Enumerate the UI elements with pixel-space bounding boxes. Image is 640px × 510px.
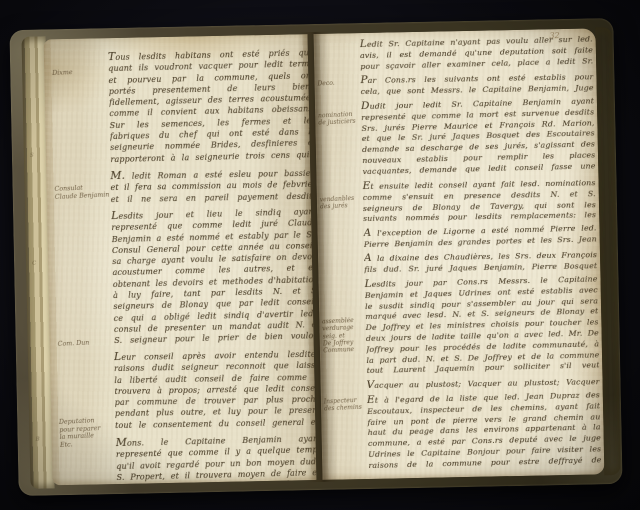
left-page-margin-column: DixmeConsulat Claude BenjaminCom. DunDep… xyxy=(52,38,117,485)
margin-note: Inspecteur des chemins xyxy=(324,396,369,413)
left-manuscript-page: DixmeConsulat Claude BenjaminCom. DunDep… xyxy=(44,34,317,485)
handwriting-paragraph: Leur conseil après avoir entendu lesdite… xyxy=(114,348,317,430)
handwriting-paragraph: Et ensuite ledit conseil ayant fait lesd… xyxy=(362,177,596,224)
margin-note: Dixme xyxy=(52,67,108,77)
right-manuscript-page: 32 Deco.nomination de justiciersvendanbl… xyxy=(314,28,605,480)
margin-note: nomination de justiciers xyxy=(318,110,363,127)
handwriting-paragraph: Vacquer au plustost; Vacquer au plustost… xyxy=(366,376,599,391)
right-page-text-block: Ledit Sr. Capitaine n'ayant pas voulu al… xyxy=(360,28,602,479)
handwriting-paragraph: A la dixaine des Chaudières, les Srs. de… xyxy=(364,250,597,275)
page-edge-mark: B xyxy=(36,437,40,443)
handwriting-paragraph: Lesdits jour et lieu le sindiq ayant rep… xyxy=(111,205,316,346)
handwriting-paragraph: Mons. le Capitaine Benjamin ayant repres… xyxy=(116,432,317,484)
handwriting-paragraph: M. ledit Roman a esté esleu pour bassier… xyxy=(110,167,316,204)
margin-note: assemblée verdurage seig. et De Joffrey … xyxy=(322,316,368,354)
margin-note: Consulat Claude Benjamin xyxy=(54,183,111,201)
page-edge-mark: S xyxy=(30,153,34,159)
margin-note: Deputation pour reparer la muraille Etc. xyxy=(59,416,116,449)
margin-note: Com. Dun xyxy=(58,338,114,348)
handwriting-paragraph: Lesdits jour par Cons.rs Messrs. le Capi… xyxy=(364,273,599,376)
margin-note: Deco. xyxy=(317,78,361,87)
handwriting-paragraph: Ledit Sr. Capitaine n'ayant pas voulu al… xyxy=(360,33,594,71)
handwriting-paragraph: Par Cons.rs les suivants ont esté establ… xyxy=(360,72,593,97)
open-manuscript-book: SCB DixmeConsulat Claude BenjaminCom. Du… xyxy=(9,18,622,496)
manuscript-photograph: SCB DixmeConsulat Claude BenjaminCom. Du… xyxy=(0,0,640,510)
handwriting-paragraph: Et à l'egard de la liste que led. Jean D… xyxy=(367,389,602,470)
handwriting-paragraph: A l'exception de Ligorne a esté nommé Pi… xyxy=(363,222,596,249)
page-edge-mark: C xyxy=(32,261,36,267)
handwriting-paragraph: Tous lesdits habitans ont esté priés que… xyxy=(108,46,317,164)
handwriting-paragraph: Dudit jour ledit Sr. Capitaine Benjamin … xyxy=(361,95,596,176)
left-page-text-block: Tous lesdits habitans ont esté priés que… xyxy=(108,34,317,484)
margin-note: vendanbles des jurés xyxy=(320,194,365,211)
